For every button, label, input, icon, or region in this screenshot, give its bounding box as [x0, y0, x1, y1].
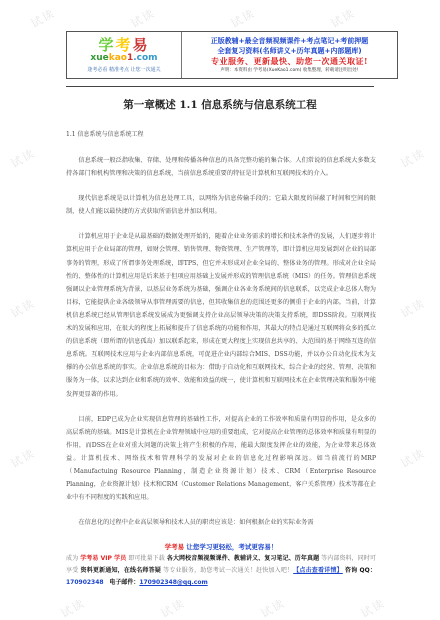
header-divider [66, 86, 374, 87]
watermark: 试读 [28, 5, 59, 32]
ad-line-products: 正版教辅+最全音频视频课件+考点笔记+考前押题 [211, 36, 369, 46]
logo-slogan: 逢考必看 精准考点 让您一次通关 [87, 66, 160, 74]
details-link[interactable]: 【点击查看详情】 [293, 567, 343, 574]
watermark: 试读 [8, 145, 39, 172]
watermark: 试读 [258, 595, 289, 620]
watermark: 试读 [158, 595, 189, 620]
watermark: 试读 [398, 445, 429, 472]
footer-promo: 学考易 让您学习更轻松，考试更容易！ 成为 学考易 VIP 学员 即可批量下载 … [66, 542, 376, 589]
site-logo[interactable]: 学考易 xuekao1.com 逢考必看 精准考点 让您一次通关 [67, 32, 182, 78]
watermark: 试读 [58, 595, 89, 620]
footer-headline: 学考易 让您学习更轻松，考试更容易！ [66, 542, 376, 553]
watermark: 试读 [8, 295, 39, 322]
header-banner[interactable]: 学考易 xuekao1.com 逢考必看 精准考点 让您一次通关 正版教辅+最全… [66, 31, 398, 79]
ad-line-disclaimer: 声明：本资料由 学考易(XueKao1.com) 收集整理，转载请注明出处! [220, 67, 358, 74]
paragraph: 计算机应用于企业是从最基础的数据处理开始的，随着企业业务需求的增长和技术条件的发… [66, 230, 376, 400]
footer-slogan: 让您学习更轻松，考试更容易！ [186, 543, 277, 551]
section-heading: 1.1 信息系统与信息系统工程 [66, 129, 143, 138]
document-body: 信息系统一般泛指收集、存储、处理和传播各种信息的具备完整功能的集合体。人们常说的… [66, 154, 376, 529]
qq-label: 咨询 QQ： [345, 567, 376, 574]
qq-number: 170902348 [66, 579, 104, 586]
watermark: 试读 [398, 295, 429, 322]
watermark: 试读 [358, 595, 389, 620]
footer-text: 成为 学考易 VIP 学员 即可批量下载 各大网校音频视频课件、教辅讲义、复习笔… [66, 553, 376, 589]
ad-line-service: 专业服务、更新最快、助您一次通关取证! [211, 56, 368, 67]
vip-label: 学考易 VIP 学员 [80, 555, 126, 562]
logo-chinese: 学考易 [98, 37, 149, 53]
email-link[interactable]: 170902348@qq.com [139, 579, 207, 586]
ad-line-materials: 全套复习资料(名师讲义+历年真题+内部题库) [217, 46, 361, 56]
footer-brand: 学考易 [165, 543, 185, 551]
watermark: 试读 [328, 5, 359, 32]
watermark: 试读 [398, 145, 429, 172]
watermark: 试读 [8, 445, 39, 472]
watermark: 试读 [228, 5, 259, 32]
page-title: 第一章概述 1.1 信息系统与信息系统工程 [0, 97, 440, 112]
email-label: 电子邮件： [109, 579, 139, 586]
paragraph: 目前，EDP已成为企业实现信息管理的基础性工作，对提高企业的工作效率和质量有明显… [66, 413, 376, 505]
paragraph: 在信息化的过程中企业高层领导和技术人员的职责应该是：如何根据企业的实际业务需 [66, 516, 376, 529]
banner-ad[interactable]: 正版教辅+最全音频视频课件+考点笔记+考前押题 全套复习资料(名师讲义+历年真题… [182, 32, 397, 78]
paragraph: 现代信息系统是以计算机为信息处理工具，以网络为信息传输手段的；它最大限度的屏蔽了… [66, 192, 376, 218]
paragraph: 信息系统一般泛指收集、存储、处理和传播各种信息的具备完整功能的集合体。人们常说的… [66, 154, 376, 180]
logo-domain: xuekao1.com [90, 53, 157, 64]
watermark: 试读 [128, 5, 159, 32]
